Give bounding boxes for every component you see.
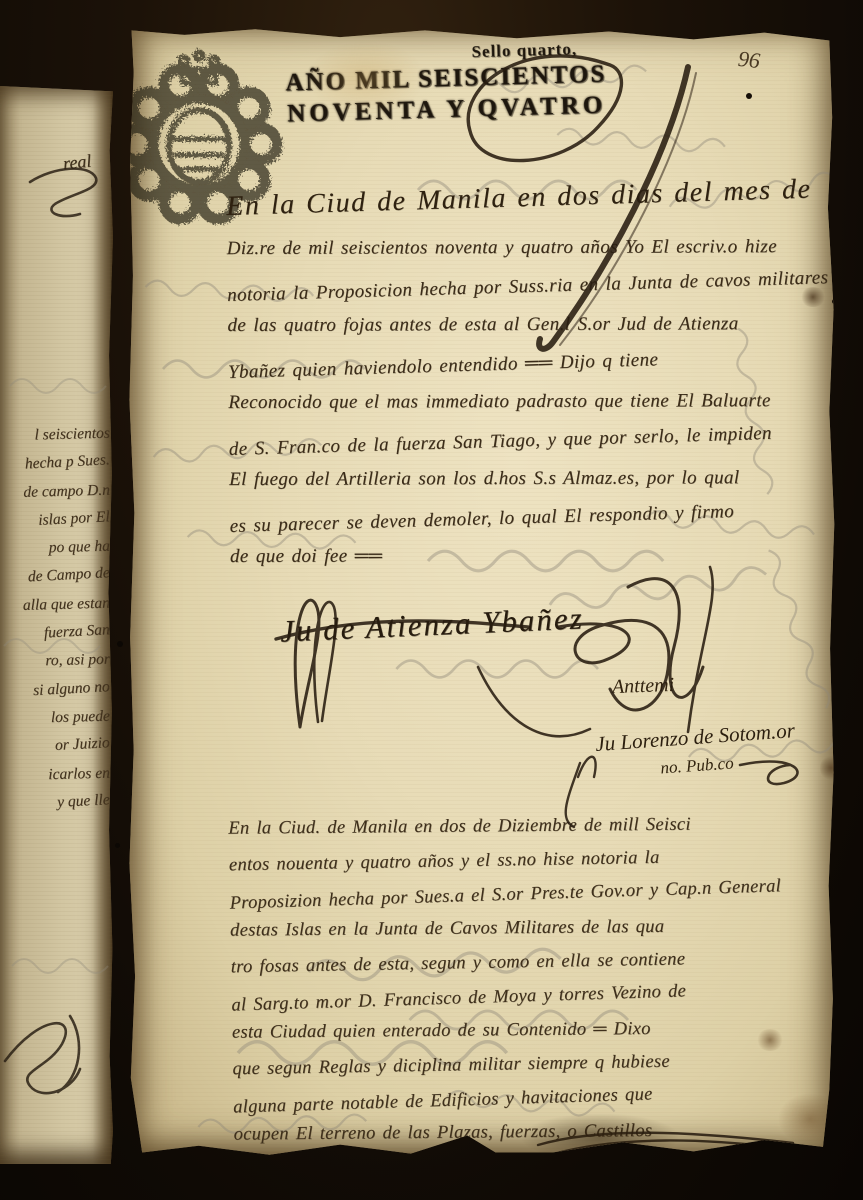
previous-page-edge: real l seiscientoshecha p Sues.de campo …	[0, 86, 113, 1164]
manuscript-line: ocupen El terreno de las Plazas, fuerzas…	[234, 1112, 844, 1151]
manuscript-page: Sello quarto, AÑO MIL SEISCIENTOS NOVENT…	[128, 27, 835, 1157]
margin-fragment: hecha p Sues.	[0, 451, 111, 485]
margin-fragment: de campo D.n	[0, 481, 110, 512]
margin-fragment: los puede	[0, 708, 110, 739]
margin-fragment: l seiscientos	[0, 425, 110, 456]
manuscript-line: destas Islas en la Junta de Cavos Milita…	[230, 908, 840, 947]
notary-signature: Ju Lorenzo de Sotom.or no. Pub.co	[565, 716, 828, 785]
attestation-label: Anttemi	[612, 674, 675, 699]
margin-fragment: icarlos en	[0, 764, 110, 795]
entry-atienza: En la Ciud de Manila en dos dias del mes…	[226, 164, 836, 579]
document-photo: real l seiscientoshecha p Sues.de campo …	[0, 0, 863, 1200]
margin-fragment: fuerza San	[0, 621, 111, 655]
margin-fragment-list: l seiscientoshecha p Sues.de campo D.nis…	[0, 426, 110, 822]
margin-fragment-corner: real	[62, 151, 92, 175]
margin-fragment: or Juizio	[0, 734, 111, 768]
margin-fragment: islas por El	[0, 508, 111, 542]
manuscript-line: de que doi fee ══	[230, 536, 836, 577]
margin-fragment: alla que estan	[0, 594, 110, 625]
previous-page-flourishes	[0, 86, 113, 1164]
margin-fragment: po que ha	[0, 538, 110, 569]
margin-fragment: si alguno no	[0, 678, 111, 712]
margin-fragment: ro, asi por	[0, 651, 110, 682]
folio-number: 96	[737, 46, 762, 74]
tax-stamp: Sello quarto, AÑO MIL SEISCIENTOS NOVENT…	[277, 38, 615, 129]
wormhole	[115, 843, 120, 848]
manuscript-line: esta Ciudad quien enterado de su Conteni…	[232, 1010, 842, 1049]
margin-fragment: y que lle	[0, 791, 111, 825]
atienza-signature: Ju de Atienza Ybañez	[279, 600, 584, 649]
entry-moya: En la Ciud. de Manila en dos de Diziembr…	[228, 804, 844, 1155]
manuscript-line: En la Ciud de Manila en dos dias del mes…	[225, 158, 833, 238]
manuscript-line: En la Ciud. de Manila en dos de Diziembr…	[228, 806, 838, 845]
wormhole	[746, 93, 752, 99]
corner-rubric-flourish	[30, 169, 96, 216]
wormhole	[117, 641, 123, 647]
margin-fragment: de Campo de	[0, 565, 111, 599]
prev-page-bleedthrough	[4, 379, 108, 973]
